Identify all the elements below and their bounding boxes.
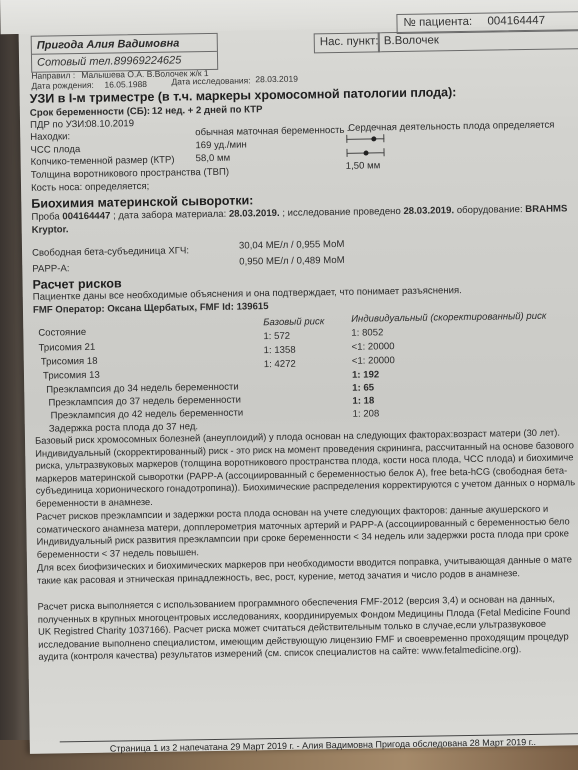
phone-number: 89969224625 <box>114 54 181 67</box>
col-condition: Состояние <box>38 327 86 339</box>
col-individual-risk: Индивидуальный (скоректированный) риск <box>351 311 546 325</box>
crl-label: Копчико-теменной размер (КТР) <box>31 155 175 168</box>
risk-individual: 1: 18 <box>352 395 374 406</box>
sample-test-label: ; исследование проведено <box>282 206 401 219</box>
risk-base: 1: 1358 <box>264 345 296 357</box>
patient-name: Пригода Алия Вадимовна <box>37 37 180 51</box>
patient-number: 004164447 <box>487 15 545 28</box>
risk-individual: <1: 20000 <box>352 341 395 353</box>
test-date: 28.03.2019. <box>403 205 454 217</box>
findings-value: обычная маточная беременность - <box>195 125 350 138</box>
fhr-value: 169 уд./мин <box>195 139 247 151</box>
pappa-value: 0,950 МЕ/л / 0,489 МоМ <box>239 255 345 268</box>
locality-value-box: В.Волочек <box>378 29 578 53</box>
risk-condition: Преэклампсия до 42 недель беременности <box>51 408 244 422</box>
birth-date-label: Дата рождения: <box>31 80 93 91</box>
risk-base: 1: 572 <box>263 331 290 342</box>
hcg-label: Свободная бета-субъединица ХГЧ: <box>32 245 189 258</box>
col-base-risk: Базовый риск <box>263 316 324 328</box>
nt-label: Толщина воротникового пространства (ТВП) <box>31 167 229 181</box>
fmf-operator: FMF Оператор: Оксана Щербатых, FMF Id: 1… <box>33 301 269 316</box>
heart-activity: Сердечная деятельность плода определяетс… <box>348 120 554 134</box>
birth-date: 16.05.1988 <box>104 79 147 90</box>
crl-value: 58,0 мм <box>196 153 231 165</box>
risk-individual: 1: 208 <box>353 408 380 419</box>
locality-label-box: Нас. пункт: <box>314 32 380 53</box>
risks-title: Расчет рисков <box>32 276 121 291</box>
nt-value: 1,50 мм <box>346 160 381 172</box>
explanation-aneuploidy: Базовый риск хромосомных болезней (анеуп… <box>35 426 575 510</box>
crl-range-marker <box>346 148 384 157</box>
phone-label: Сотовый тел.: <box>37 55 117 68</box>
equipment-cont: Kryptor. <box>32 224 69 236</box>
report-page: № пациента: 004164447 Пригода Алия Вадим… <box>18 0 578 754</box>
nasal-bone: Кость носа: определяется; <box>31 181 149 194</box>
referred-by-label: Направил : <box>31 70 75 81</box>
edd-value: 08.10.2019 <box>86 118 134 130</box>
equipment-label: оборудование: <box>457 204 523 216</box>
divider <box>32 51 217 55</box>
locality-label: Нас. пункт: <box>320 35 379 48</box>
risk-individual: <1: 20000 <box>352 355 395 367</box>
explanation-software: Расчет риска выполняется с использование… <box>38 592 571 663</box>
risk-condition: Преэклампсия до 37 недель беременности <box>48 395 241 409</box>
exam-date-label: Дата исследования: <box>171 75 250 86</box>
risk-condition: Трисомия 18 <box>41 356 98 368</box>
pappa-label: PAPP-A: <box>32 263 69 275</box>
risk-individual: 1: 65 <box>352 382 374 393</box>
edd-label: ПДР по УЗИ: <box>30 119 87 131</box>
sample-collection-label: ; дата забора материала: <box>113 209 226 222</box>
patient-number-label: № пациента: <box>403 16 472 29</box>
risk-condition: Трисомия 21 <box>38 342 95 354</box>
gestation-value: 12 нед. + 2 дней по КТР <box>152 104 263 117</box>
risk-individual: 1: 8052 <box>351 327 383 339</box>
equipment: BRAHMS <box>525 203 567 215</box>
risk-individual: 1: 192 <box>352 369 379 380</box>
collection-date: 28.03.2019. <box>229 208 280 220</box>
risk-base: 1: 4272 <box>264 359 296 371</box>
locality-value: В.Волочек <box>384 34 439 47</box>
risk-condition: Преэклампсия до 34 недель беременности <box>46 382 239 396</box>
explanation-preeclampsia: Расчет рисков преэклампсии и задержки ро… <box>36 502 570 561</box>
hcg-value: 30,04 МЕ/л / 0,955 МоМ <box>239 239 345 252</box>
sample-id: 004164447 <box>62 211 110 223</box>
exam-date: 28.03.2019 <box>255 74 298 85</box>
fhr-label: ЧСС плода <box>30 144 80 156</box>
patient-name-box: Пригода Алия Вадимовна Сотовый тел.: 899… <box>31 33 219 73</box>
sample-prefix: Проба <box>31 211 59 222</box>
gestation-label: Срок беременности (СБ): <box>30 106 150 119</box>
fhr-range-marker <box>346 134 384 143</box>
risk-condition: Трисомия 13 <box>43 370 100 382</box>
findings-label: Находки: <box>30 131 70 143</box>
